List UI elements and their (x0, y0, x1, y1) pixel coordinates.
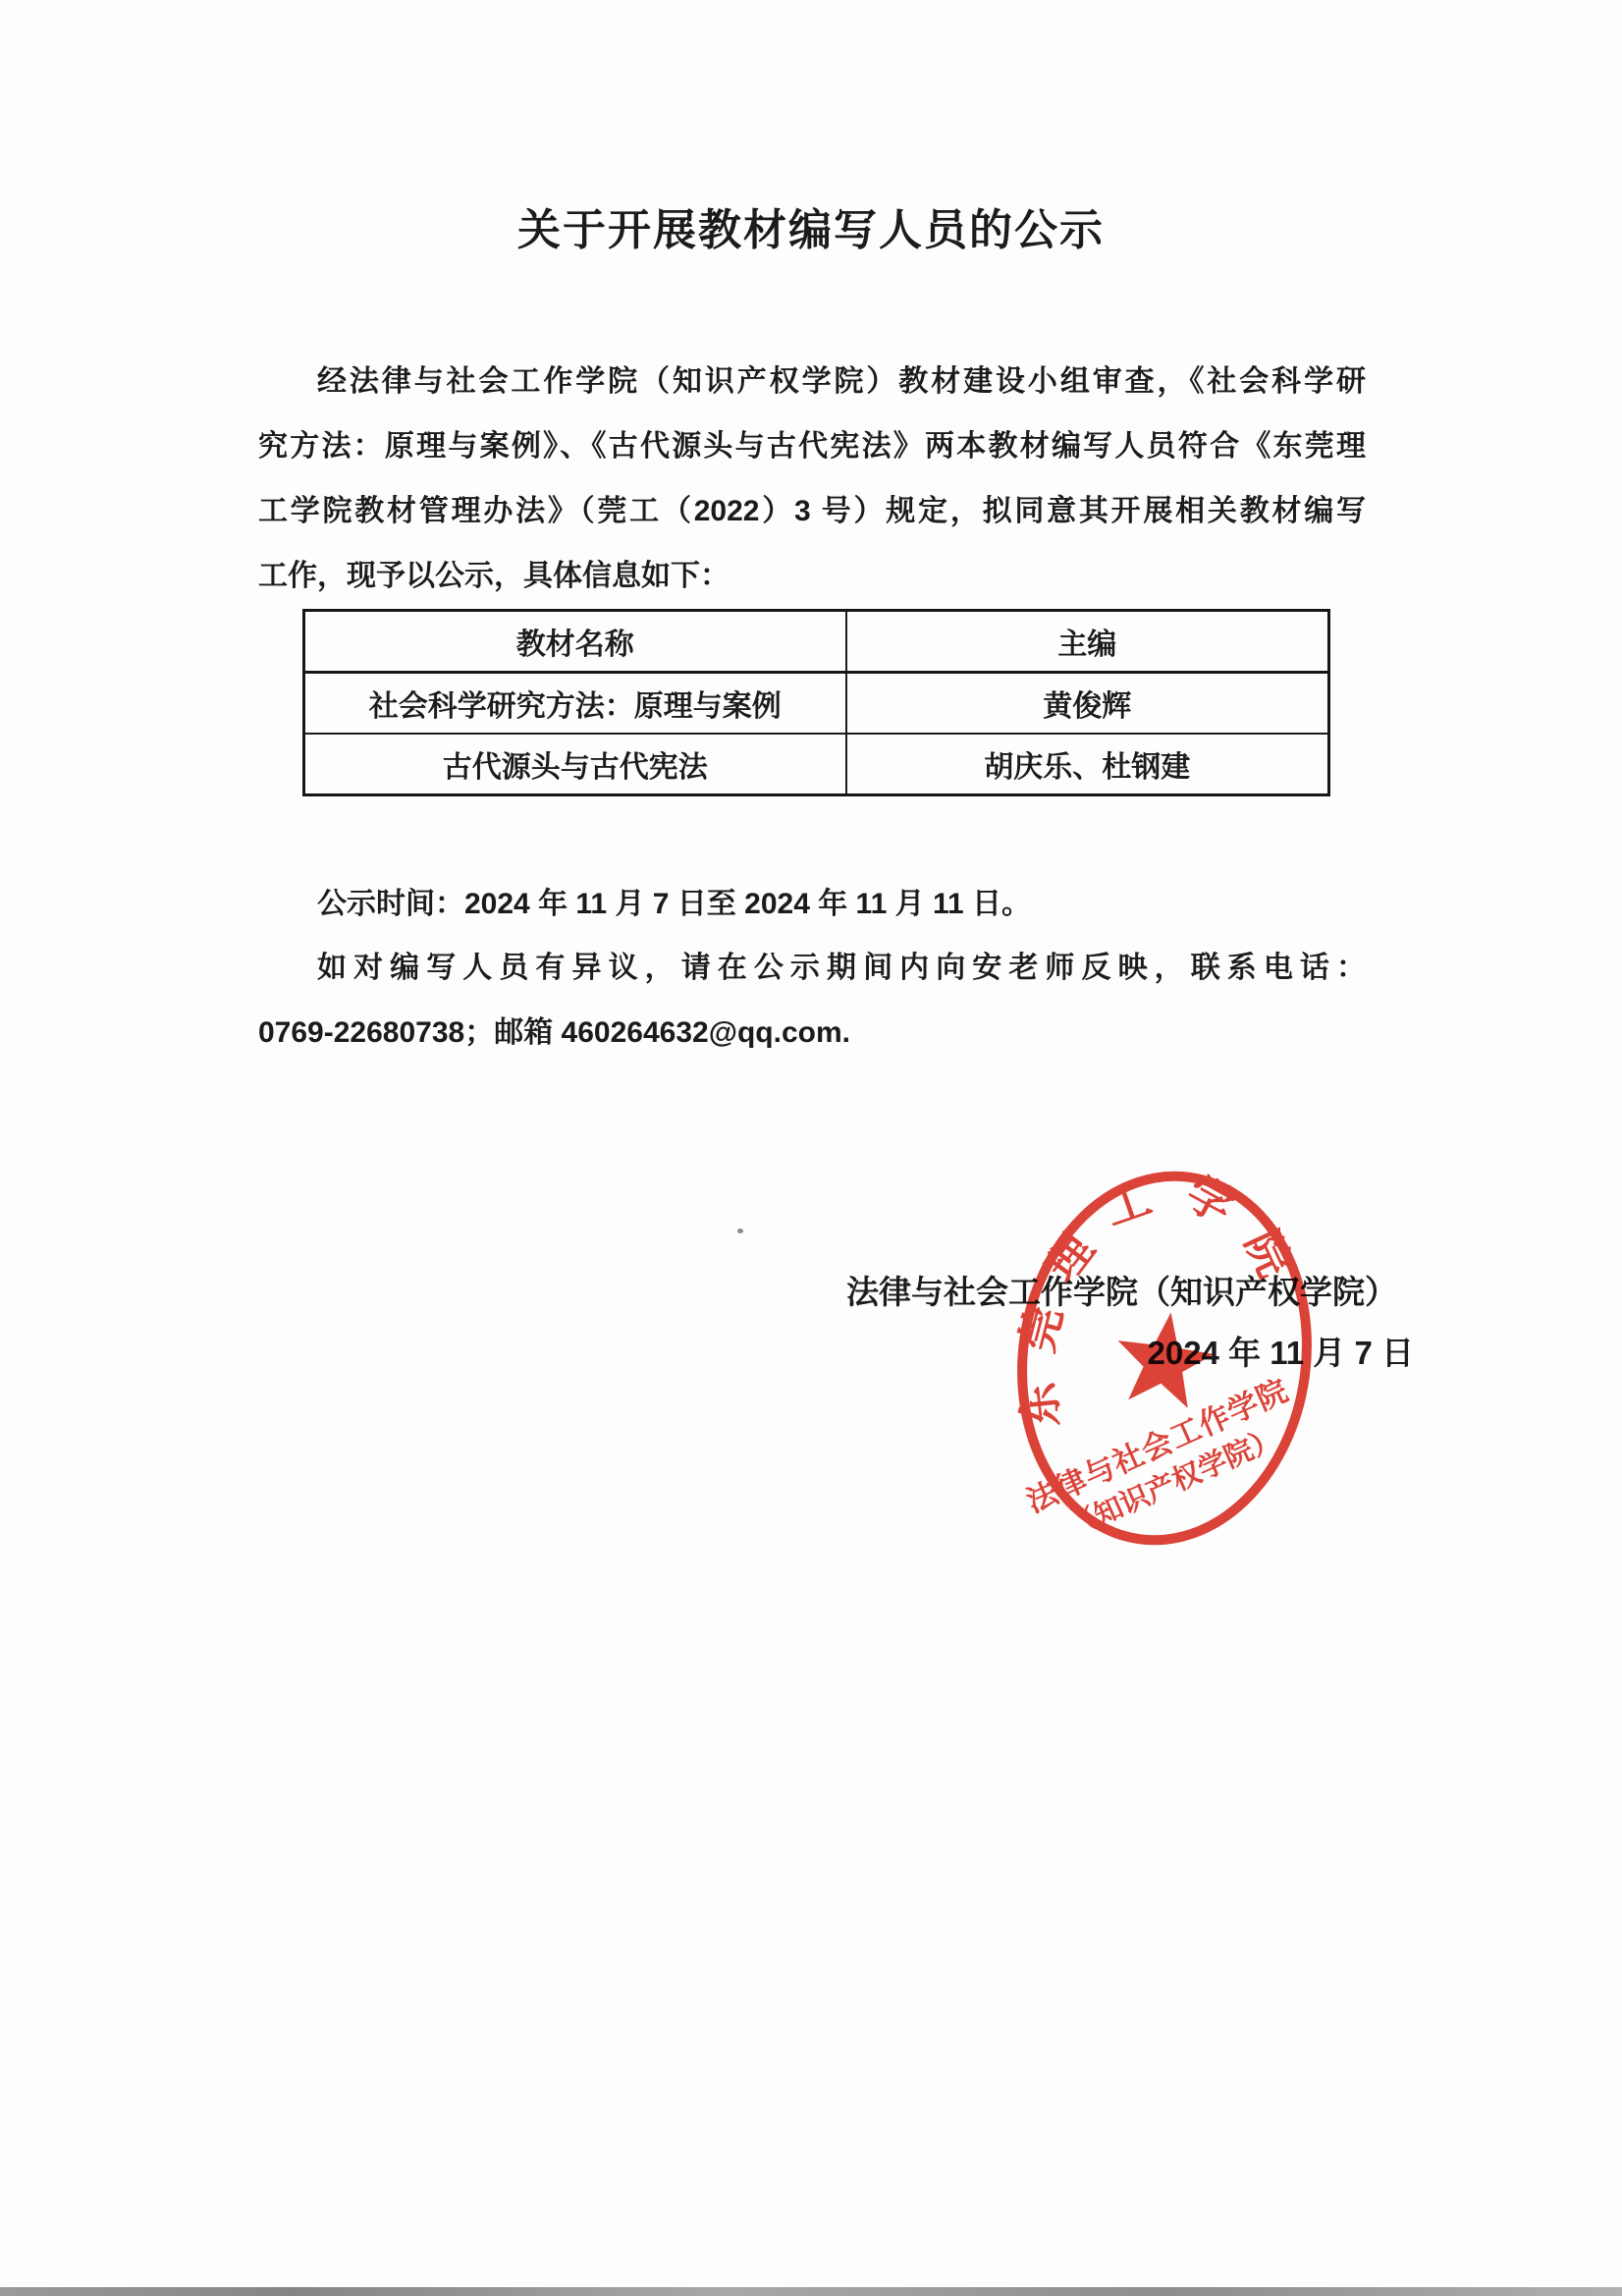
chief-editor-cell: 黄俊辉 (846, 673, 1329, 735)
contact-info-line: 0769-22680738；邮箱 460264632@qq.com. (258, 1001, 1366, 1066)
chief-editor-cell: 胡庆乐、杜钢建 (846, 734, 1329, 795)
scan-speck (737, 1229, 743, 1233)
seal-department-line1: 法律与社会工作学院 (1021, 1373, 1293, 1519)
notice-period-line: 公示时间：2024 年 11 月 7 日至 2024 年 11 月 11 日。 (258, 872, 1366, 937)
document-title: 关于开展教材编写人员的公示 (0, 194, 1622, 257)
document-page: 关于开展教材编写人员的公示 经法律与社会工作学院（知识产权学院）教材建设小组审查… (0, 0, 1622, 2296)
seal-department-line2: （知识产权学院） (1062, 1421, 1284, 1544)
table-row: 社会科学研究方法：原理与案例 黄俊辉 (304, 673, 1329, 735)
signature-organization: 法律与社会工作学院（知识产权学院） (846, 1267, 1397, 1313)
table-header-chief-editor: 主编 (846, 611, 1329, 673)
intro-paragraph: 经法律与社会工作学院（知识产权学院）教材建设小组审查，《社会科学研 究方法：原理… (258, 350, 1366, 609)
paragraph-line: 如对编写人员有异议，请在公示期间内向安老师反映，联系电话： (258, 936, 1366, 1001)
table-row: 古代源头与古代宪法 胡庆乐、杜钢建 (304, 734, 1329, 795)
signature-date: 2024 年 11 月 7 日 (1148, 1328, 1415, 1374)
paragraph-line: 工作，现予以公示，具体信息如下： (258, 544, 1366, 609)
paragraph-line: 工学院教材管理办法》（莞工（2022）3 号）规定，拟同意其开展相关教材编写 (258, 479, 1366, 544)
textbook-name-cell: 古代源头与古代宪法 (304, 734, 846, 795)
textbook-name-cell: 社会科学研究方法：原理与案例 (304, 673, 846, 735)
seal-arc-text: 东莞理工学院 (1000, 1162, 1326, 1468)
paragraph-line: 究方法：原理与案例》、《古代源头与古代宪法》两本教材编写人员符合《东莞理 (258, 414, 1366, 479)
contact-paragraph: 如对编写人员有异议，请在公示期间内向安老师反映，联系电话： 0769-22680… (258, 936, 1366, 1066)
seal-arc-text-holder: 东莞理工学院 (1000, 1162, 1326, 1468)
textbook-table: 教材名称 主编 社会科学研究方法：原理与案例 黄俊辉 古代源头与古代宪法 胡庆乐… (302, 609, 1330, 796)
page-bottom-edge-shadow (0, 2287, 1622, 2296)
table-header-textbook-name: 教材名称 (304, 611, 846, 673)
table-header-row: 教材名称 主编 (304, 611, 1329, 673)
paragraph-line: 经法律与社会工作学院（知识产权学院）教材建设小组审查，《社会科学研 (258, 350, 1366, 414)
